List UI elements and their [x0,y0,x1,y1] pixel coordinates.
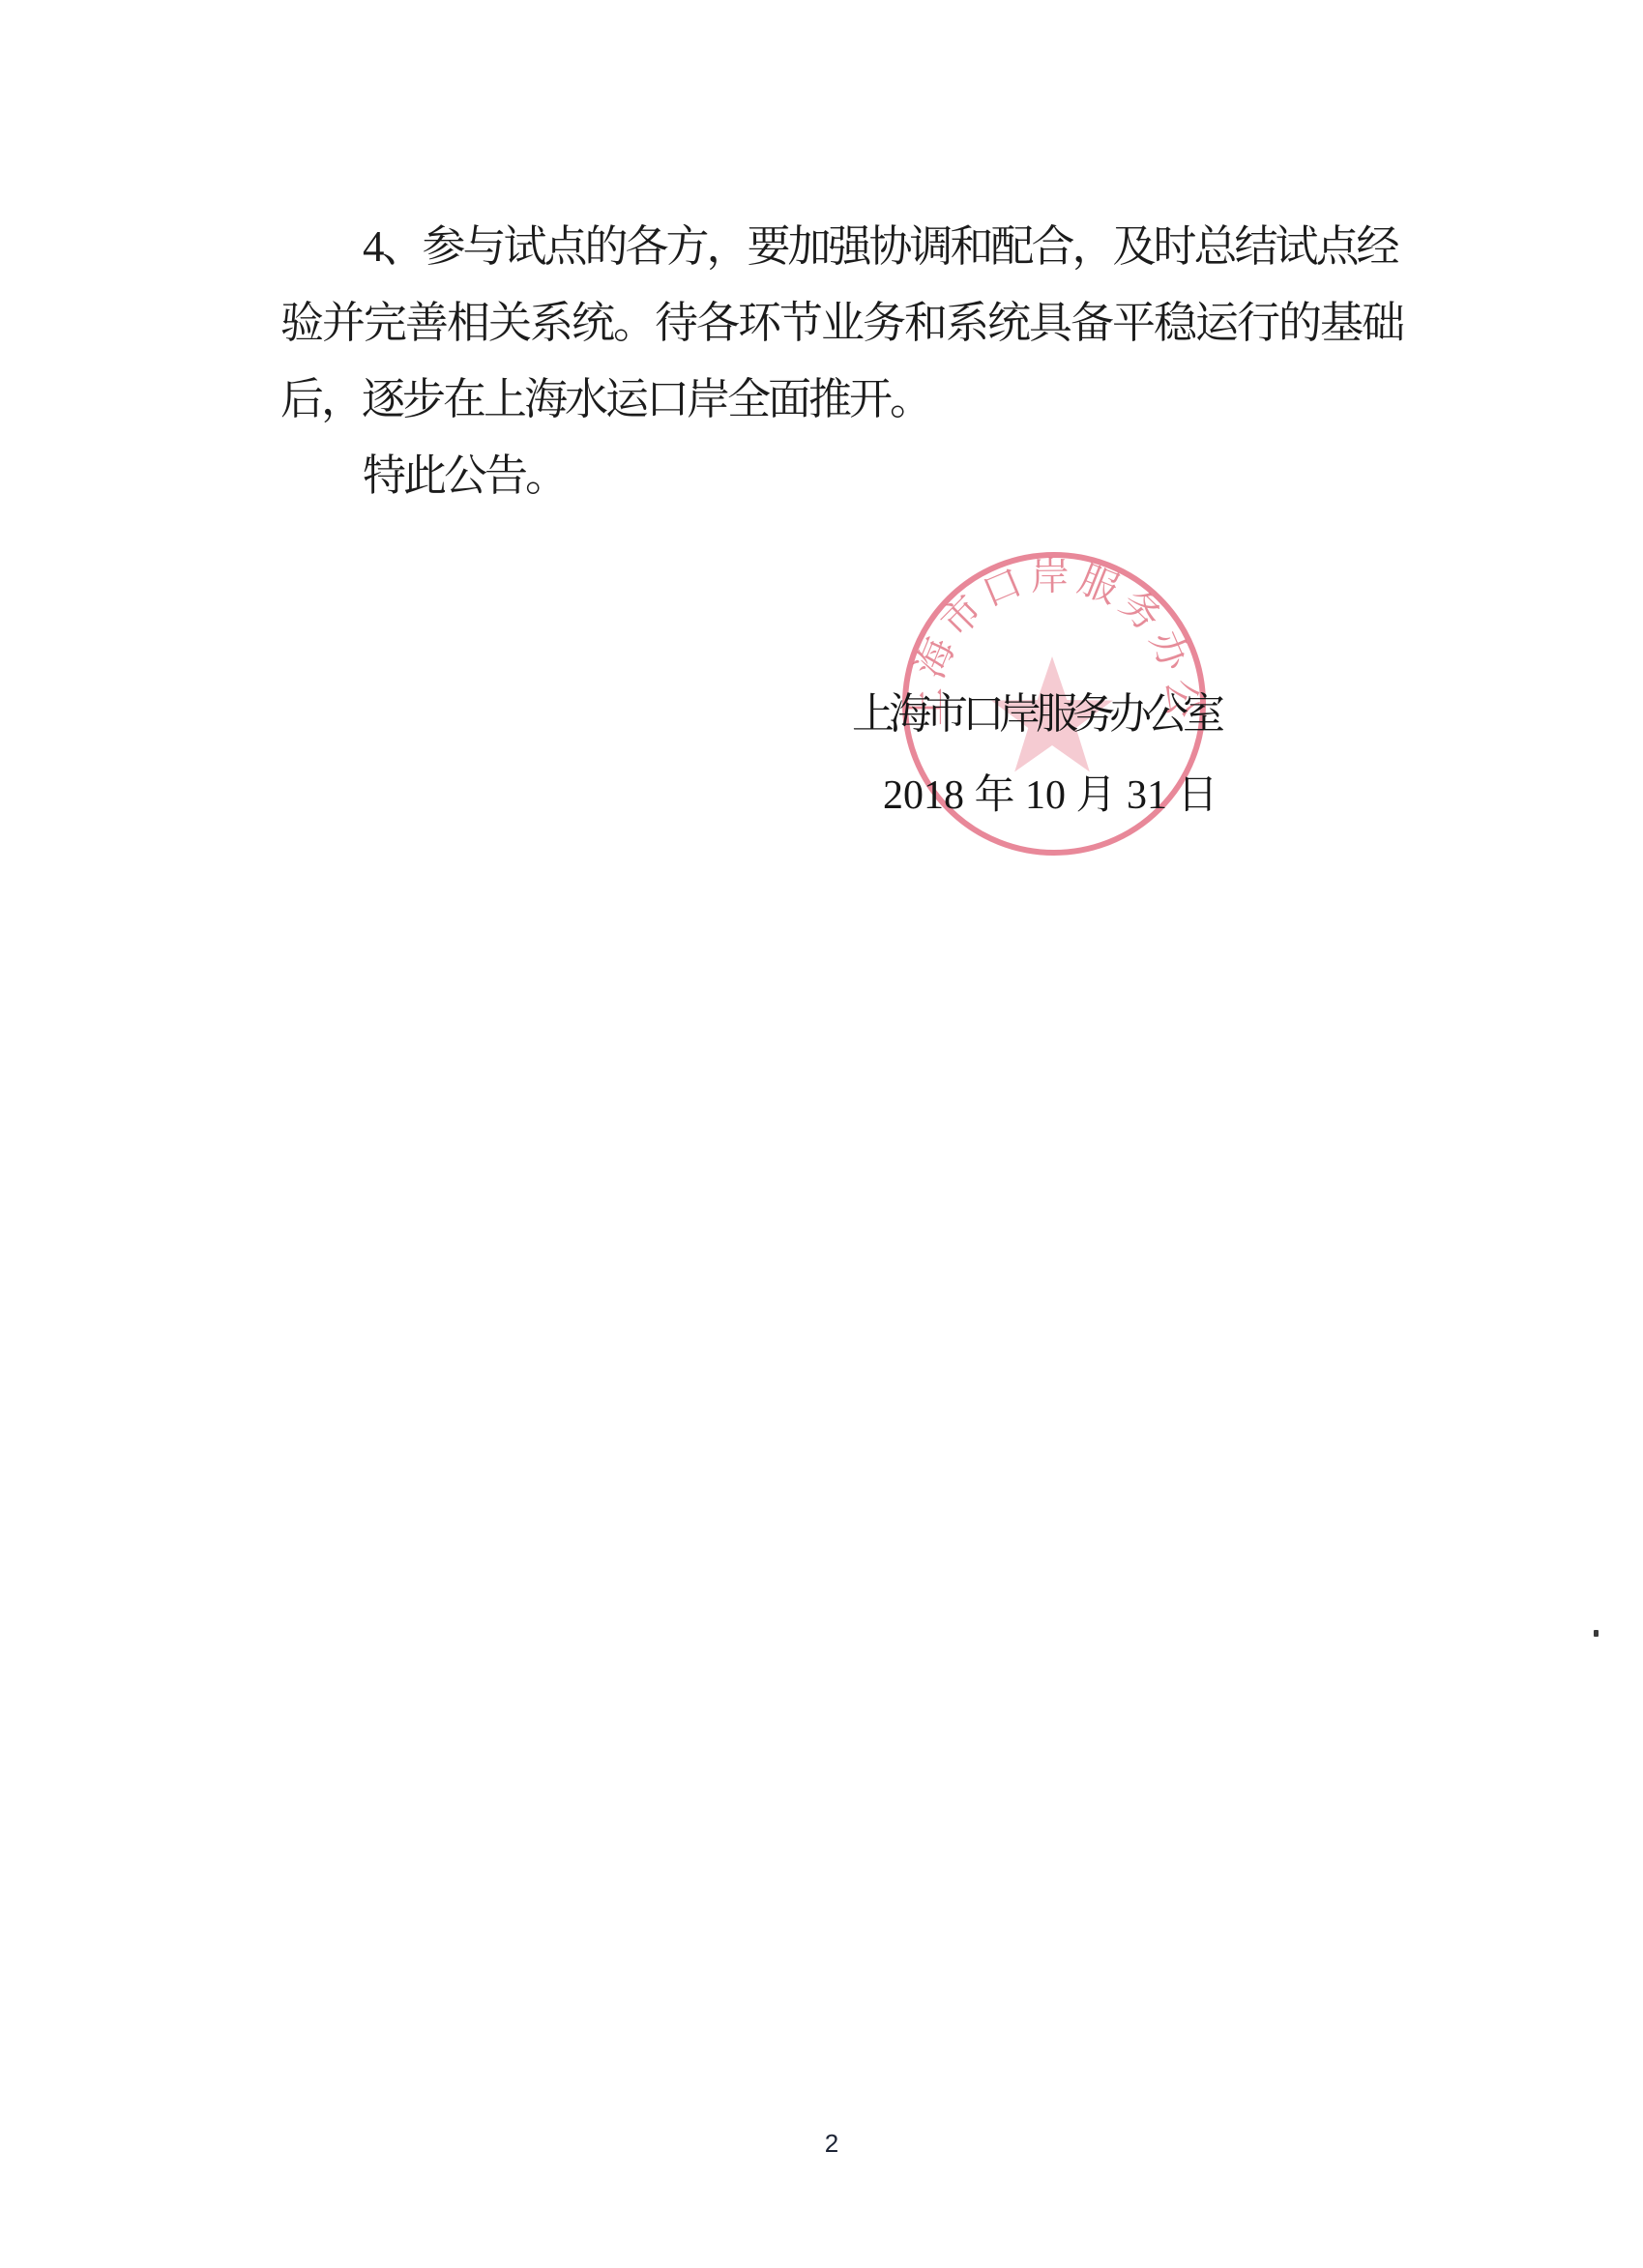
paragraph1-line3: 后，逐步在上海水运口岸全面推开。 [280,375,930,425]
signature-organization: 上海市口岸服务办公室 [852,688,1219,741]
scan-artifact-dot [1594,1630,1599,1637]
page-number: 2 [817,2129,846,2158]
signature-date: 2018 年 10 月 31 日 [883,771,1218,820]
paragraph2-closing: 特此公告。 [280,451,566,502]
document-page: 4、参与试点的各方，要加强协调和配合，及时总结试点经 验并完善相关系统。待各环节… [0,0,1643,2268]
paragraph1-line2: 验并完善相关系统。待各环节业务和系统具备平稳运行的基础 [280,299,1403,349]
paragraph1-line1: 4、参与试点的各方，要加强协调和配合，及时总结试点经 [280,222,1397,273]
